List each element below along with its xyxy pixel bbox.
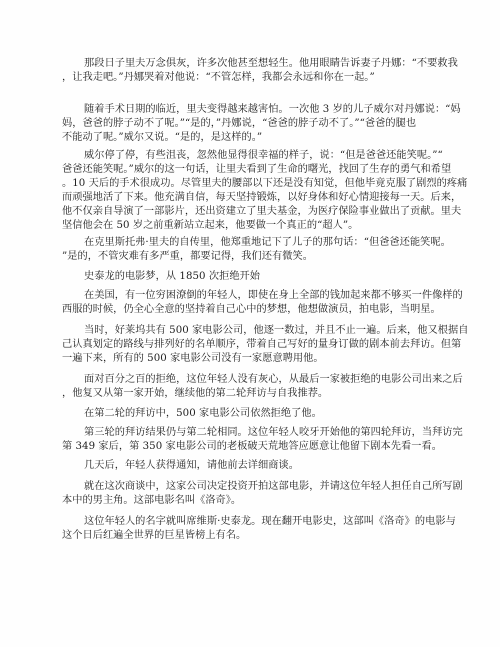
text-line: ，他复又从第一家开始，继续他的第二轮拜访与自我推荐。 [62,387,426,401]
text-line: 面对百分之百的拒绝，这位年轻人没有灰心，从最后一家被拒绝的电影公司出来之后 [84,373,426,387]
text-line: 他不仅亲自导演了一部影片，还出资建立了里夫基金，为医疗保险事业做出了贡献。里夫 [62,205,426,219]
text-line: 而顽强地活了下来。他充满自信，每天坚持锻炼，以好身体和好心情迎接每一天。后来， [62,191,426,205]
text-line: 在克里斯托弗·里夫的自传里，他郑重地记下了儿子的那句话：“但爸爸还能笑呢。 [84,236,426,250]
text-line: 就在这次商谈中，这家公司决定投资开拍这部电影，并请这位年轻人担任自己所写剧 [84,480,426,494]
text-line: 不能动了呢。”威尔又说。“是的，是这样的。” [62,131,426,145]
text-line: 第 349 家后，第 350 家电影公司的老板破天荒地答应愿意让他留下剧本先看一… [62,440,426,454]
text-line: 当时，好莱坞共有 500 家电影公司，他逐一数过，并且不止一遍。后来，他又根据自 [84,324,426,338]
text-line: ”是的，不管灾难有多严重，都要记得，我们还有微笑。 [62,250,426,264]
text-line: 爸爸还能笑呢。”威尔的这一句话，让里夫看到了生命的曙光，找回了生存的勇气和希望 [62,163,426,177]
text-line: 这个日后红遍全世界的巨星皆榜上有名。 [62,529,426,543]
text-line: 本中的男主角。这部电影名叫《洛奇》。 [62,494,426,508]
text-line: 坚信他会在 50 岁之前重新站立起来，他要做一个真正的“超人”。 [62,219,426,233]
text-line: 随着手术日期的临近，里夫变得越来越害怕。一次他 3 岁的儿子威尔对丹娜说：“妈 [84,103,426,117]
text-line: 西服的时候，仍全心全意的坚持着自己心中的梦想，他想做演员，拍电影，当明星。 [62,303,426,317]
text-line: 威尔停了停，有些沮丧，忽然他显得很幸福的样子，说：“但是爸爸还能笑呢。”“ [84,149,426,163]
text-line: 。10 天后的手术很成功。尽管里夫的腰部以下还是没有知觉，但他毕竟克服了剧烈的疼… [62,177,426,191]
document-page: 那段日子里夫万念俱灰，许多次他甚至想轻生。他用眼睛告诉妻子丹娜：“不要救我 ，让… [0,0,500,647]
text-line: 几天后，年轻人获得通知，请他前去详细商谈。 [84,459,426,473]
text-line: 那段日子里夫万念俱灰，许多次他甚至想轻生。他用眼睛告诉妻子丹娜：“不要救我 [84,57,426,71]
heading-text: 史泰龙的电影梦，从 1850 次拒绝开始 [84,270,426,284]
text-line: 一遍下来，所有的 500 家电影公司没有一家愿意聘用他。 [62,352,426,366]
text-line: 这位年轻人的名字就叫席维斯·史泰龙。现在翻开电影史，这部叫《洛奇》的电影与 [84,515,426,529]
text-line: 在第二轮的拜访中，500 家电影公司依然拒绝了他。 [84,407,426,421]
text-line: 第三轮的拜访结果仍与第二轮相同。这位年轻人咬牙开始他的第四轮拜访，当拜访完 [84,426,426,440]
text-line: 己认真划定的路线与排列好的名单顺序，带着自己写好的量身订做的剧本前去拜访。但第 [62,338,426,352]
text-line: 在美国，有一位穷困潦倒的年轻人，即使在身上全部的钱加起来都不够买一件像样的 [84,289,426,303]
text-line: ，让我走吧。”丹娜哭着对他说：“不管怎样，我都会永远和你在一起。” [62,71,426,85]
text-line: 妈，爸爸的脖子动不了呢。”“是的，”丹娜说，“爸爸的脖子动不了。”“爸爸的腿也 [62,117,426,131]
